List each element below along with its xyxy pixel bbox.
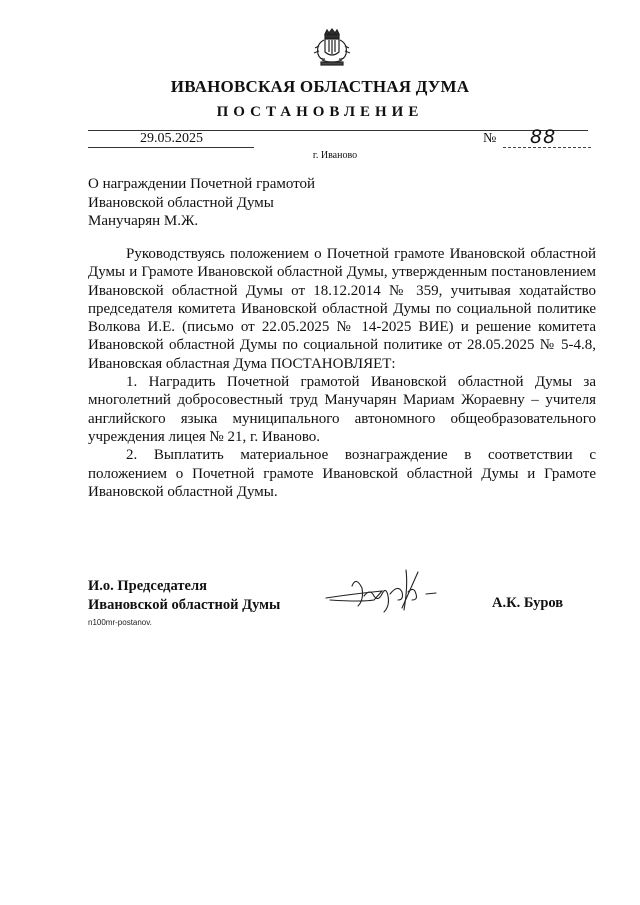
document-number: 88 [530, 126, 556, 148]
signatory-title: И.о. Председателя Ивановской областной Д… [88, 577, 280, 614]
document-date: 29.05.2025 [140, 131, 203, 147]
subject-line: Манучарян М.Ж. [88, 212, 315, 231]
file-reference: n100mr-postanov. [88, 618, 152, 627]
signer-name: А.К. Буров [492, 595, 563, 612]
document-body: Руководствуясь положением о Почетной гра… [88, 245, 596, 501]
preamble-paragraph: Руководствуясь положением о Почетной гра… [88, 245, 596, 373]
document-subject: О награждении Почетной грамотой Ивановск… [88, 175, 315, 231]
number-label: № [483, 131, 496, 147]
city-label: г. Иваново [0, 150, 640, 161]
date-underline [88, 147, 254, 148]
signatory-title-line: Ивановской областной Думы [88, 596, 280, 615]
subject-line: О награждении Почетной грамотой [88, 175, 315, 194]
number-underline [503, 147, 591, 148]
signatory-title-line: И.о. Председателя [88, 577, 280, 596]
document-type-heading: ПОСТАНОВЛЕНИЕ [0, 104, 640, 121]
resolution-item: 2. Выплатить материальное вознаграждение… [88, 446, 596, 501]
coat-of-arms-icon [310, 26, 354, 70]
subject-line: Ивановской областной Думы [88, 194, 315, 213]
organization-title: ИВАНОВСКАЯ ОБЛАСТНАЯ ДУМА [0, 77, 640, 97]
handwritten-signature-icon [322, 566, 452, 616]
resolution-item: 1. Наградить Почетной грамотой Ивановско… [88, 373, 596, 446]
